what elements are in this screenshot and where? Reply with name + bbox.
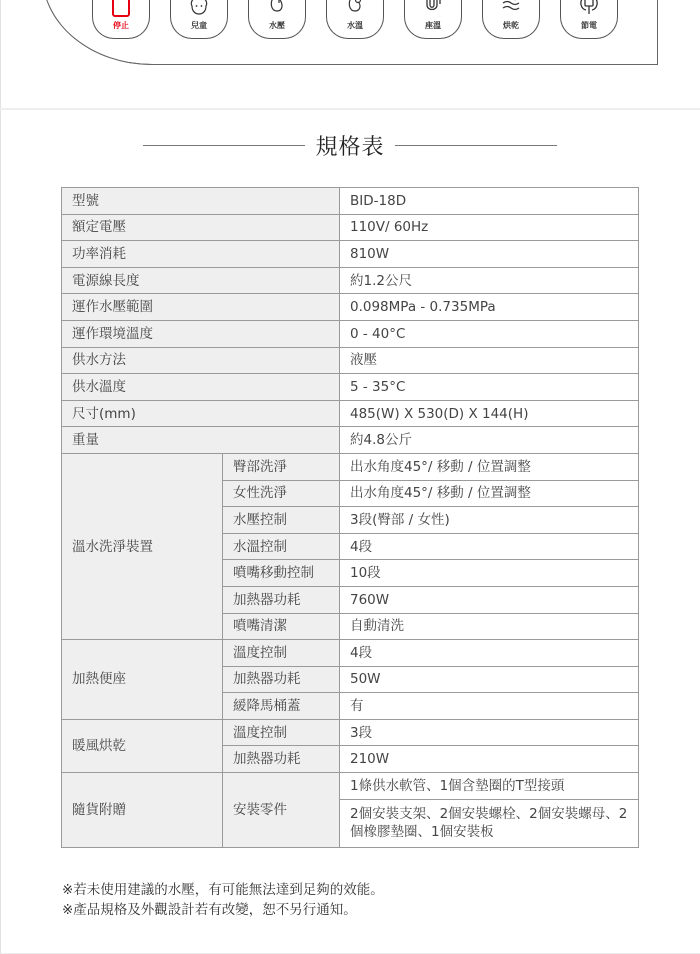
title-rule-right (395, 145, 557, 146)
spec-value: 3段(臀部 / 女性) (340, 507, 639, 534)
stop-button: 停止 (92, 0, 150, 39)
spec-value: 有 (340, 693, 639, 720)
table-row: 隨貨附贈 安裝零件 1條供水軟管、1個含墊圈的T型接頭 (62, 773, 639, 800)
button-label: 節電 (581, 20, 597, 31)
seat-temp-button: 座溫 (404, 0, 462, 39)
spec-sublabel: 加熱器功耗 (223, 666, 340, 693)
spec-label: 運作環境溫度 (62, 320, 340, 347)
water-temp-button: 水溫 (326, 0, 384, 39)
spec-sublabel: 安裝零件 (223, 773, 340, 848)
table-row: 電源線長度約1.2公尺 (62, 267, 639, 294)
spec-sublabel: 水壓控制 (223, 507, 340, 534)
spec-value: 自動清洗 (340, 613, 639, 640)
spec-label: 供水溫度 (62, 374, 340, 401)
spec-sublabel: 噴嘴移動控制 (223, 560, 340, 587)
spec-value: 10段 (340, 560, 639, 587)
table-row: 暖風烘乾 溫度控制 3段 (62, 719, 639, 746)
spec-value: 4段 (340, 533, 639, 560)
spec-value: 3段 (340, 719, 639, 746)
water-pressure-icon (268, 0, 286, 20)
spec-value: 約4.8公斤 (340, 427, 639, 454)
group-label: 暖風烘乾 (62, 719, 223, 772)
table-row: 運作環境溫度0 - 40°C (62, 320, 639, 347)
spec-sublabel: 加熱器功耗 (223, 746, 340, 773)
table-row: 供水溫度5 - 35°C (62, 374, 639, 401)
spec-sublabel: 緩降馬桶蓋 (223, 693, 340, 720)
button-label: 水壓 (269, 20, 285, 31)
table-row: 額定電壓110V/ 60Hz (62, 214, 639, 241)
spec-label: 重量 (62, 427, 340, 454)
group-label: 加熱便座 (62, 640, 223, 720)
button-label: 兒童 (191, 20, 207, 31)
power-plug-icon (578, 0, 600, 20)
spec-value: 110V/ 60Hz (340, 214, 639, 241)
spec-table: 型號BID-18D 額定電壓110V/ 60Hz 功率消耗810W 電源線長度約… (61, 187, 639, 848)
spec-sublabel: 女性洗淨 (223, 480, 340, 507)
pressure-button: 水壓 (248, 0, 306, 39)
eco-button: 節電 (560, 0, 618, 39)
spec-value: 760W (340, 586, 639, 613)
spec-value: 1條供水軟管、1個含墊圈的T型接頭 (340, 773, 639, 800)
spec-label: 電源線長度 (62, 267, 340, 294)
stop-square-icon (111, 0, 131, 22)
spec-value: 5 - 35°C (340, 374, 639, 401)
spec-sublabel: 噴嘴清潔 (223, 613, 340, 640)
spec-value: 0.098MPa - 0.735MPa (340, 294, 639, 321)
button-label: 烘乾 (503, 20, 519, 31)
spec-sublabel: 水溫控制 (223, 533, 340, 560)
child-face-icon (188, 0, 210, 20)
spec-value: 液壓 (340, 347, 639, 374)
spec-sublabel: 溫度控制 (223, 719, 340, 746)
footnotes: ※若未使用建議的水壓，有可能無法達到足夠的效能。 ※產品規格及外觀設計若有改變，… (62, 880, 384, 920)
spec-sublabel: 溫度控制 (223, 640, 340, 667)
spec-value: 出水角度45°/ 移動 / 位置調整 (340, 453, 639, 480)
dry-button: 烘乾 (482, 0, 540, 39)
spec-label: 尺寸(mm) (62, 400, 340, 427)
button-label: 水溫 (347, 20, 363, 31)
table-row: 運作水壓範圍0.098MPa - 0.735MPa (62, 294, 639, 321)
spec-value: 出水角度45°/ 移動 / 位置調整 (340, 480, 639, 507)
spec-label: 功率消耗 (62, 241, 340, 268)
table-row: 功率消耗810W (62, 241, 639, 268)
control-buttons: 停止 兒童 水壓 水溫 座溫 烘乾 節電 (92, 0, 618, 39)
section-title: 規格表 (315, 130, 384, 161)
table-row: 型號BID-18D (62, 188, 639, 215)
spec-label: 額定電壓 (62, 214, 340, 241)
dry-waves-icon (501, 0, 521, 20)
water-temp-icon (346, 0, 364, 20)
spec-label: 運作水壓範圍 (62, 294, 340, 321)
kids-button: 兒童 (170, 0, 228, 39)
spec-value: 810W (340, 241, 639, 268)
seat-temp-icon (423, 0, 443, 20)
table-row: 尺寸(mm)485(W) X 530(D) X 144(H) (62, 400, 639, 427)
spec-sublabel: 加熱器功耗 (223, 586, 340, 613)
section-header: 規格表 (0, 130, 700, 161)
table-row: 加熱便座 溫度控制 4段 (62, 640, 639, 667)
spec-value: 0 - 40°C (340, 320, 639, 347)
group-label: 溫水洗淨裝置 (62, 453, 223, 639)
spec-value: 485(W) X 530(D) X 144(H) (340, 400, 639, 427)
table-row: 溫水洗淨裝置 臀部洗淨 出水角度45°/ 移動 / 位置調整 (62, 453, 639, 480)
spec-value: 約1.2公尺 (340, 267, 639, 294)
section-divider (0, 108, 700, 110)
spec-label: 型號 (62, 188, 340, 215)
spec-value: 210W (340, 746, 639, 773)
spec-value: BID-18D (340, 188, 639, 215)
spec-value: 50W (340, 666, 639, 693)
group-label: 隨貨附贈 (62, 773, 223, 848)
table-row: 供水方法液壓 (62, 347, 639, 374)
footnote: ※產品規格及外觀設計若有改變，恕不另行通知。 (62, 900, 384, 920)
title-rule-left (143, 145, 305, 146)
footnote: ※若未使用建議的水壓，有可能無法達到足夠的效能。 (62, 880, 384, 900)
button-label: 座溫 (425, 20, 441, 31)
spec-value: 2個安裝支架、2個安裝螺栓、2個安裝螺母、2個橡膠墊圈、1個安裝板 (340, 799, 639, 847)
spec-label: 供水方法 (62, 347, 340, 374)
table-row: 重量約4.8公斤 (62, 427, 639, 454)
spec-sublabel: 臀部洗淨 (223, 453, 340, 480)
spec-value: 4段 (340, 640, 639, 667)
